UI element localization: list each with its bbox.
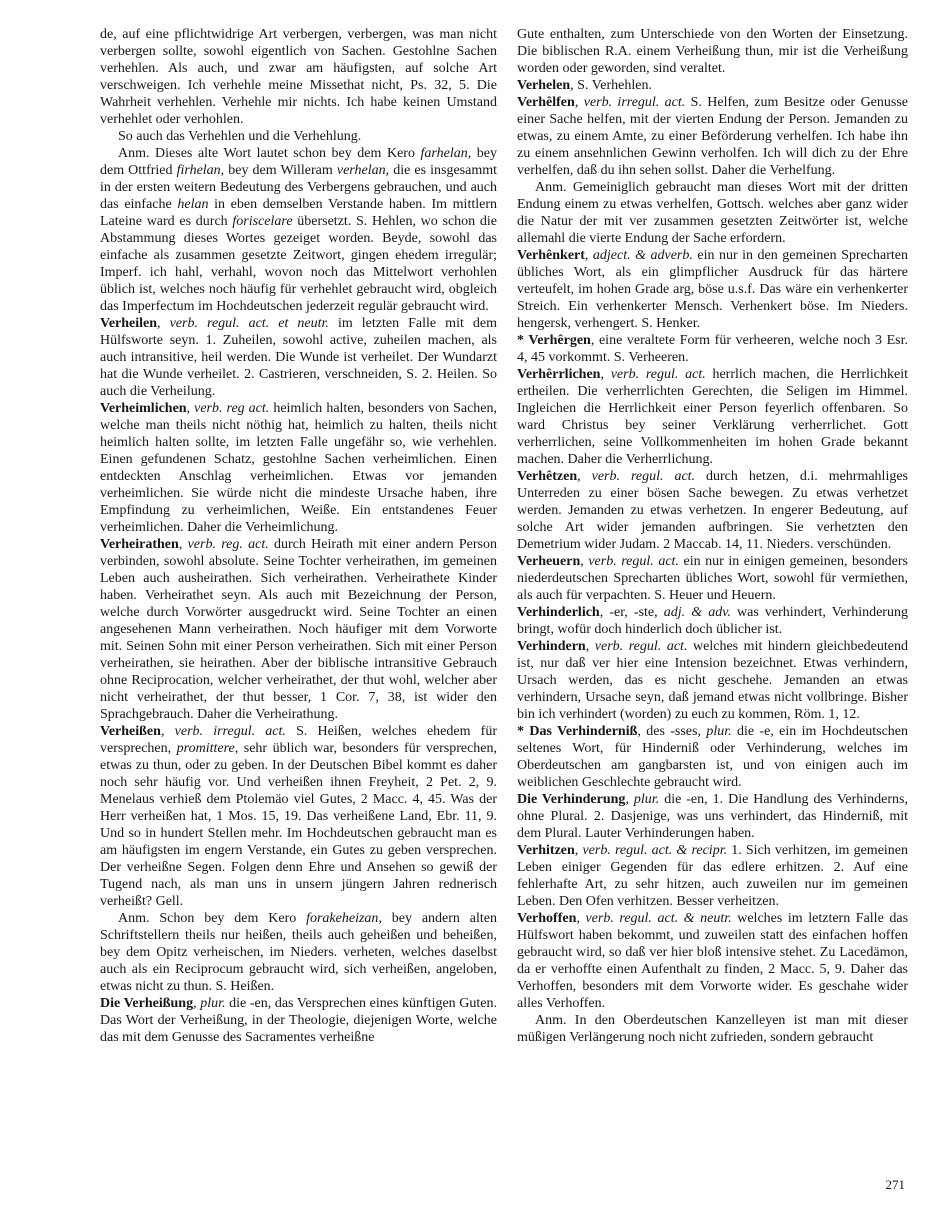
text-segment: heimlich halten, besonders von Sachen, w… — [100, 401, 497, 535]
text-segment: verb. regul. act. — [595, 639, 688, 654]
text-segment: , — [187, 401, 195, 416]
text-segment: , S. Verhehlen. — [570, 78, 652, 93]
text-segment: Anm. Schon bey dem Kero — [118, 911, 306, 926]
entry-headword: * Das Verhinderniß — [517, 724, 637, 739]
text-segment: firhelan — [177, 163, 221, 178]
dictionary-entry: Verhêtzen, verb. regul. act. durch hetze… — [517, 468, 908, 553]
dictionary-entry: Verheilen, verb. regul. act. et neutr. i… — [100, 315, 497, 400]
right-column: Gute enthalten, zum Unterschiede von den… — [517, 26, 908, 1172]
entry-headword: Verhitzen — [517, 843, 575, 858]
text-segment: , — [161, 724, 175, 739]
text-segment: , des -sses, — [637, 724, 706, 739]
text-segment: verb. regul. act. — [611, 367, 706, 382]
dictionary-entry: Verhindern, verb. regul. act. welches mi… — [517, 638, 908, 723]
dictionary-entry: Verhênkert, adject. & adverb. ein nur in… — [517, 247, 908, 332]
text-segment: Anm. Dieses alte Wort lautet schon bey d… — [118, 146, 421, 161]
dictionary-entry: Die Verheißung, plur. die -en, das Versp… — [100, 995, 497, 1046]
text-segment: verb. irregul. act. — [584, 95, 686, 110]
text-segment: übersetzt. S. Hehlen, wo schon die Absta… — [100, 214, 497, 314]
entry-headword: Verhoffen — [517, 911, 576, 926]
text-segment: Anm. Gemeiniglich gebraucht man dieses W… — [517, 180, 908, 246]
text-segment: , — [585, 248, 593, 263]
left-column: de, auf eine pflichtwidrige Art verberge… — [100, 26, 497, 1172]
entry-headword: Verhêtzen — [517, 469, 577, 484]
text-segment: , sehr üblich war, besonders für verspre… — [100, 741, 497, 909]
text-segment: verb. reg. act. — [188, 537, 269, 552]
text-paragraph: Anm. In den Oberdeutschen Kanzelleyen is… — [517, 1012, 908, 1046]
text-segment: foriscelare — [232, 214, 292, 229]
dictionary-entry: Verhêlfen, verb. irregul. act. S. Helfen… — [517, 94, 908, 179]
text-segment: farhelan — [421, 146, 468, 161]
text-segment: plur. — [634, 792, 659, 807]
text-segment: helan — [177, 197, 208, 212]
text-segment: plur. — [706, 724, 731, 739]
entry-headword: Verhinderlich — [517, 605, 600, 620]
text-segment: promittere — [177, 741, 235, 756]
dictionary-entry: Verheuern, verb. regul. act. ein nur in … — [517, 553, 908, 604]
text-segment: , — [179, 537, 188, 552]
text-paragraph: de, auf eine pflichtwidrige Art verberge… — [100, 26, 497, 128]
text-paragraph: So auch das Verhehlen und die Verhehlung… — [100, 128, 497, 145]
entry-headword: Verhelen — [517, 78, 570, 93]
entry-headword: * Verhêrgen — [517, 333, 591, 348]
text-segment: forakeheizan — [306, 911, 378, 926]
text-segment: verhelan — [337, 163, 386, 178]
text-segment: verb. regul. act. — [588, 554, 679, 569]
text-segment: , — [600, 367, 610, 382]
dictionary-entry: * Das Verhinderniß, des -sses, plur. die… — [517, 723, 908, 791]
text-segment: welches im letztern Falle das Hülfswort … — [517, 911, 908, 1011]
text-segment: plur. — [200, 996, 225, 1011]
text-segment: , — [575, 95, 584, 110]
entry-headword: Verheuern — [517, 554, 580, 569]
dictionary-entry: Verheimlichen, verb. reg act. heimlich h… — [100, 400, 497, 536]
dictionary-entry: Verhitzen, verb. regul. act. & recipr. 1… — [517, 842, 908, 910]
page-number: 271 — [886, 1176, 906, 1193]
text-segment: verb. regul. act. & neutr. — [585, 911, 731, 926]
dictionary-entry: Verhinderlich, -er, -ste, adj. & adv. wa… — [517, 604, 908, 638]
entry-headword: Verhênkert — [517, 248, 585, 263]
dictionary-entry: Verhoffen, verb. regul. act. & neutr. we… — [517, 910, 908, 1012]
text-segment: herrlich machen, die Herrlichkeit erthei… — [517, 367, 908, 467]
entry-headword: Verhêlfen — [517, 95, 575, 110]
text-segment: verb. regul. act. — [592, 469, 695, 484]
dictionary-entry: Die Verhinderung, plur. die -en, 1. Die … — [517, 791, 908, 842]
entry-headword: Die Verhinderung — [517, 792, 625, 807]
text-segment: de, auf eine pflichtwidrige Art verberge… — [100, 27, 497, 127]
dictionary-entry: Verhelen, S. Verhehlen. — [517, 77, 908, 94]
text-paragraph: Anm. Dieses alte Wort lautet schon bey d… — [100, 145, 497, 315]
text-segment: verb. irregul. act. — [175, 724, 286, 739]
dictionary-page: de, auf eine pflichtwidrige Art verberge… — [0, 0, 935, 1210]
dictionary-entry: * Verhêrgen, eine veraltete Form für ver… — [517, 332, 908, 366]
text-segment: , -er, -ste, — [600, 605, 664, 620]
entry-headword: Verheilen — [100, 316, 157, 331]
text-segment: durch Heirath mit einer andern Person ve… — [100, 537, 497, 722]
text-segment: , — [157, 316, 170, 331]
dictionary-entry: Verheirathen, verb. reg. act. durch Heir… — [100, 536, 497, 723]
entry-headword: Die Verheißung — [100, 996, 193, 1011]
text-segment: adject. & adverb. — [593, 248, 693, 263]
text-segment: adj. & adv. — [664, 605, 731, 620]
entry-headword: Verhindern — [517, 639, 586, 654]
entry-headword: Verheimlichen — [100, 401, 187, 416]
text-paragraph: Gute enthalten, zum Unterschiede von den… — [517, 26, 908, 77]
text-segment: verb. regul. act. et neutr. — [170, 316, 329, 331]
text-columns: de, auf eine pflichtwidrige Art verberge… — [100, 26, 908, 1172]
text-segment: verb. regul. act. & recipr. — [582, 843, 727, 858]
dictionary-entry: Verheißen, verb. irregul. act. S. Heißen… — [100, 723, 497, 910]
text-segment: Anm. In den Oberdeutschen Kanzelleyen is… — [517, 1013, 908, 1045]
entry-headword: Verheißen — [100, 724, 161, 739]
entry-headword: Verhêrrlichen — [517, 367, 600, 382]
text-segment: Gute enthalten, zum Unterschiede von den… — [517, 27, 908, 76]
text-segment: verb. reg act. — [194, 401, 269, 416]
text-segment: , bey dem Willeram — [221, 163, 337, 178]
text-segment: So auch das Verhehlen und die Verhehlung… — [118, 129, 361, 144]
text-segment: , — [586, 639, 595, 654]
text-paragraph: Anm. Schon bey dem Kero forakeheizan, be… — [100, 910, 497, 995]
text-segment: , — [577, 469, 591, 484]
text-paragraph: Anm. Gemeiniglich gebraucht man dieses W… — [517, 179, 908, 247]
entry-headword: Verheirathen — [100, 537, 179, 552]
dictionary-entry: Verhêrrlichen, verb. regul. act. herrlic… — [517, 366, 908, 468]
text-segment: , — [625, 792, 633, 807]
